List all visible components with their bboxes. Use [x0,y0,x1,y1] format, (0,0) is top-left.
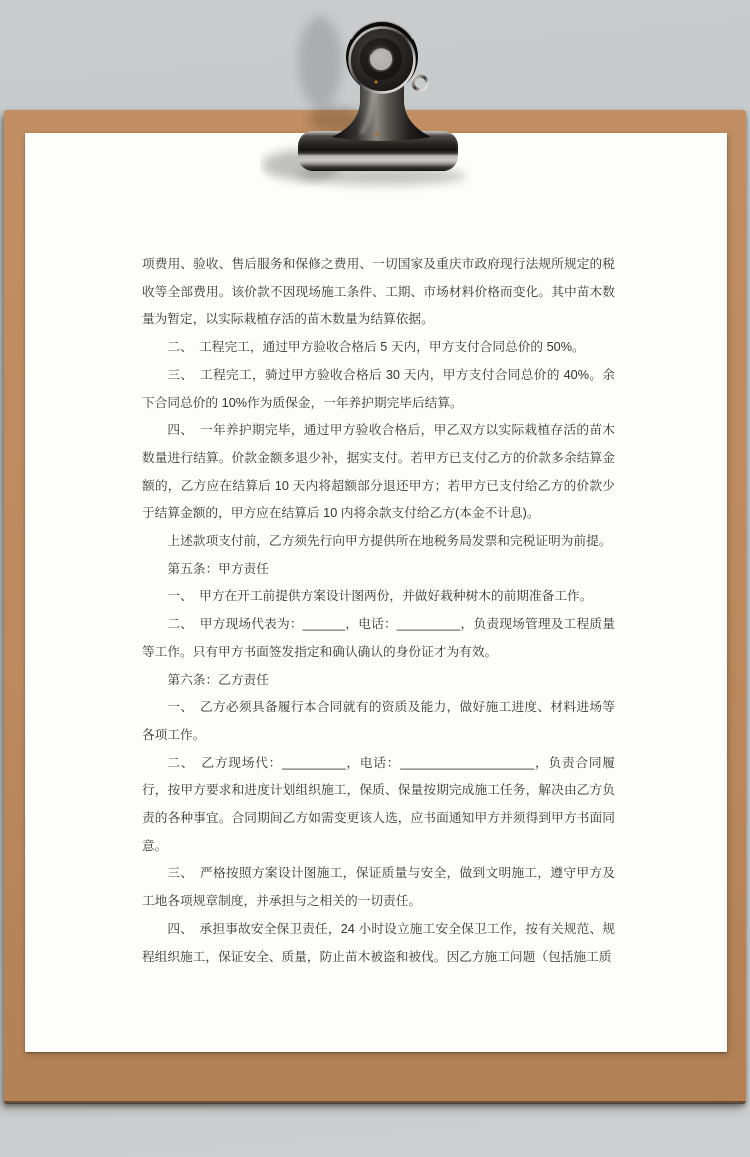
contract-paragraph: 四、 承担事故安全保卫责任，24 小时设立施工安全保卫工作，按有关规范、规程组织… [142,916,615,971]
contract-paragraph: 一、 乙方必须具备履行本合同就有的资质及能力，做好施工进度、材料进场等各项工作。 [142,694,615,749]
contract-paragraph: 二、 甲方现场代表为：______，电话：_________，负责现场管理及工程… [142,611,615,666]
contract-paragraph: 上述款项支付前，乙方须先行向甲方提供所在地税务局发票和完税证明为前提。 [142,528,615,556]
binder-clip [260,0,505,200]
photo-backdrop: 项费用、验收、售后服务和保修之费用、一切国家及重庆市政府现行法规所规定的税收等全… [0,0,750,1157]
contract-paper: 项费用、验收、售后服务和保修之费用、一切国家及重庆市政府现行法规所规定的税收等全… [25,133,727,1052]
contract-paragraph: 项费用、验收、售后服务和保修之费用、一切国家及重庆市政府现行法规所规定的税收等全… [142,251,615,334]
contract-paragraph: 三、 工程完工，骑过甲方验收合格后 30 天内，甲方支付合同总价的 40%。余下… [142,362,615,417]
contract-paragraph: 二、 乙方现场代：_________，电话：__________________… [142,750,615,861]
contract-text: 项费用、验收、售后服务和保修之费用、一切国家及重庆市政府现行法规所规定的税收等全… [142,251,615,971]
contract-paragraph: 第五条：甲方责任 [142,556,615,584]
clip-lever-loop [413,76,427,90]
contract-paragraph: 第六条：乙方责任 [142,667,615,695]
contract-paragraph: 一、 甲方在开工前提供方案设计图两份，并做好栽种树木的前期准备工作。 [142,583,615,611]
contract-paragraph: 四、 一年养护期完毕，通过甲方验收合格后，甲乙双方以实际栽植存活的苗木数量进行结… [142,417,615,528]
contract-paragraph: 二、 工程完工，通过甲方验收合格后 5 天内，甲方支付合同总价的 50%。 [142,334,615,362]
contract-paragraph: 三、 严格按照方案设计图施工，保证质量与安全，做到文明施工，遵守甲方及工地各项规… [142,860,615,915]
